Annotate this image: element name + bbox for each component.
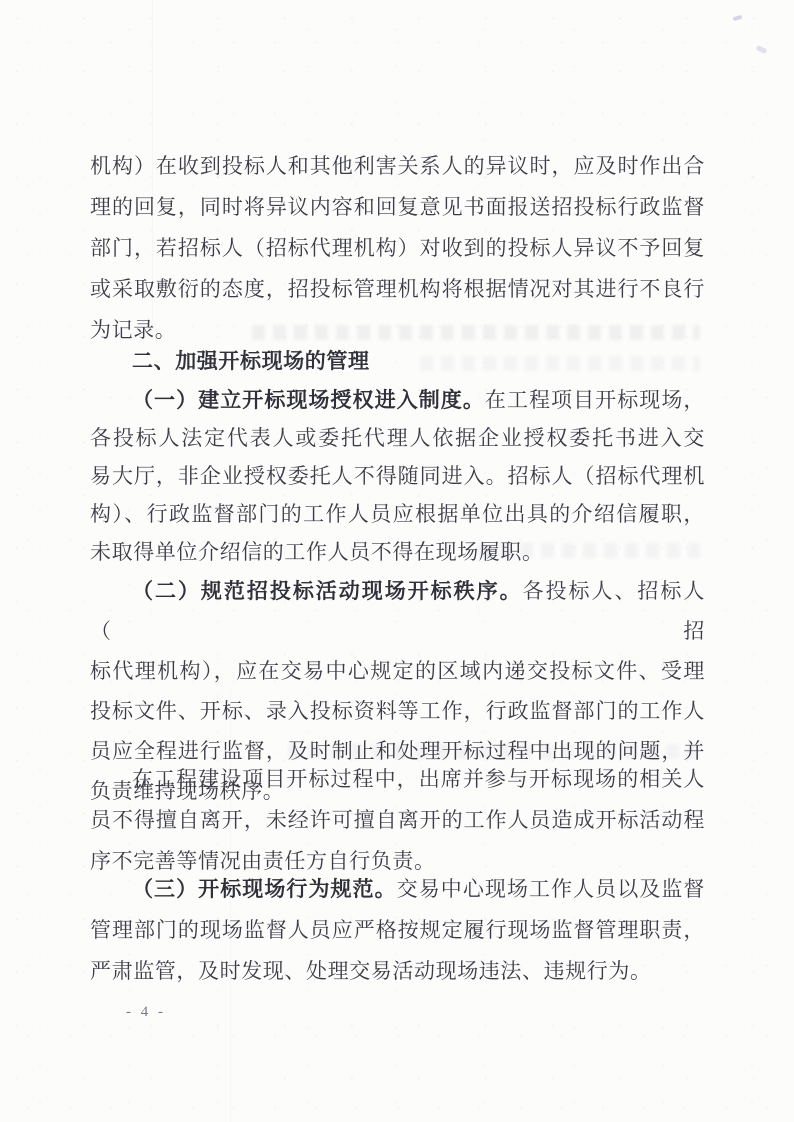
text-line: 在工程建设项目开标过程中，出席并参与开标现场的相关人 [90, 759, 705, 800]
text-line: 投标文件、开标、录入投标资料等工作，行政监督部门的工作人 [90, 691, 705, 731]
text-line: （二）规范招投标活动现场开标秩序。各投标人、招标人（招 [90, 571, 705, 651]
text-line: 标代理机构），应在交易中心规定的区域内递交投标文件、受理 [90, 651, 705, 691]
section-heading: 二、加强开标现场的管理 [90, 341, 705, 382]
pen-speck [755, 45, 767, 54]
middle-paragraph: 在工程建设项目开标过程中，出席并参与开标现场的相关人 员不得擅自离开，未经许可擅… [90, 759, 705, 882]
page-number: - 4 - [126, 1004, 166, 1021]
text-line: 构）、行政监督部门的工作人员应根据单位出具的介绍信履职， [90, 495, 705, 533]
item-1-paragraph: （一）建立开标现场授权进入制度。在工程项目开标现场， 各投标人法定代表人或委托代… [90, 381, 705, 571]
item-3-lead-rest: 交易中心现场工作人员以及监督 [397, 877, 705, 901]
text-line: 易大厅，非企业授权委托人不得随同进入。招标人（招标代理机 [90, 457, 705, 495]
text-line: 严肃监管，及时发现、处理交易活动现场违法、违规行为。 [90, 951, 705, 992]
text-line: （一）建立开标现场授权进入制度。在工程项目开标现场， [90, 381, 705, 419]
pen-speck [733, 15, 743, 21]
item-1-lead: （一）建立开标现场授权进入制度。 [132, 388, 485, 412]
item-2-lead: （二）规范招投标活动现场开标秩序。 [132, 579, 523, 603]
text-line: 管理部门的现场监督人员应严格按规定履行现场监督管理职责， [90, 910, 705, 951]
item-3-lead: （三）开标现场行为规范。 [132, 877, 397, 901]
text-line: 员不得擅自离开，未经许可擅自离开的工作人员造成开标活动程 [90, 800, 705, 841]
text-line: 或采取敷衍的态度，招投标管理机构将根据情况对其进行不良行 [90, 269, 705, 310]
section-heading-text: 二、加强开标现场的管理 [90, 341, 705, 382]
text-line: （三）开标现场行为规范。交易中心现场工作人员以及监督 [90, 869, 705, 910]
paragraph-continuation: 机构）在收到投标人和其他利害关系人的异议时，应及时作出合 理的回复，同时将异议内… [90, 146, 705, 351]
document-page: 机构）在收到投标人和其他利害关系人的异议时，应及时作出合 理的回复，同时将异议内… [0, 0, 794, 1122]
item-1-lead-rest: 在工程项目开标现场， [485, 388, 705, 412]
item-3-paragraph: （三）开标现场行为规范。交易中心现场工作人员以及监督 管理部门的现场监督人员应严… [90, 869, 705, 992]
text-line: 各投标人法定代表人或委托代理人依据企业授权委托书进入交 [90, 419, 705, 457]
text-line: 未取得单位介绍信的工作人员不得在现场履职。 [90, 533, 705, 571]
text-line: 机构）在收到投标人和其他利害关系人的异议时，应及时作出合 [90, 146, 705, 187]
text-line: 部门，若招标人（招标代理机构）对收到的投标人异议不予回复 [90, 228, 705, 269]
text-line: 理的回复，同时将异议内容和回复意见书面报送招投标行政监督 [90, 187, 705, 228]
